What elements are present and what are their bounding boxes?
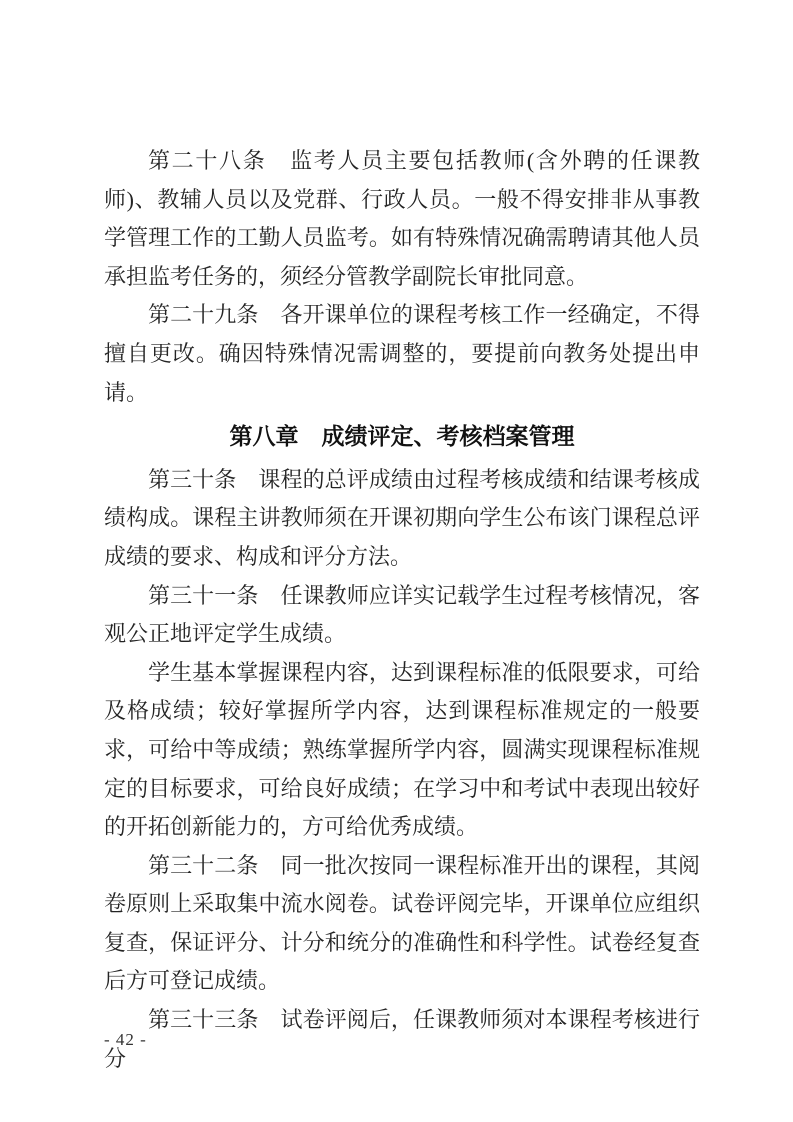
paragraph-article-31: 第三十一条 任课教师应详实记载学生过程考核情况，客观公正地评定学生成绩。	[104, 577, 700, 654]
paragraph-article-30: 第三十条 课程的总评成绩由过程考核成绩和结课考核成绩构成。课程主讲教师须在开课初…	[104, 461, 700, 577]
paragraph-article-32: 第三十二条 同一批次按同一课程标准开出的课程，其阅卷原则上采取集中流水阅卷。试卷…	[104, 847, 700, 1001]
page-number: - 42 -	[104, 1030, 147, 1050]
chapter-heading: 第八章 成绩评定、考核档案管理	[104, 417, 700, 456]
document-page: 第二十八条 监考人员主要包括教师(含外聘的任课教师)、教辅人员以及党群、行政人员…	[0, 0, 793, 1122]
document-body: 第二十八条 监考人员主要包括教师(含外聘的任课教师)、教辅人员以及党群、行政人员…	[104, 142, 700, 1078]
paragraph-article-28: 第二十八条 监考人员主要包括教师(含外聘的任课教师)、教辅人员以及党群、行政人员…	[104, 142, 700, 296]
paragraph-article-29: 第二十九条 各开课单位的课程考核工作一经确定，不得擅自更改。确因特殊情况需调整的…	[104, 296, 700, 412]
paragraph-article-31-grading-criteria: 学生基本掌握课程内容，达到课程标准的低限要求，可给及格成绩；较好掌握所学内容，达…	[104, 654, 700, 847]
paragraph-article-33: 第三十三条 试卷评阅后，任课教师须对本课程考核进行分	[104, 1001, 700, 1078]
